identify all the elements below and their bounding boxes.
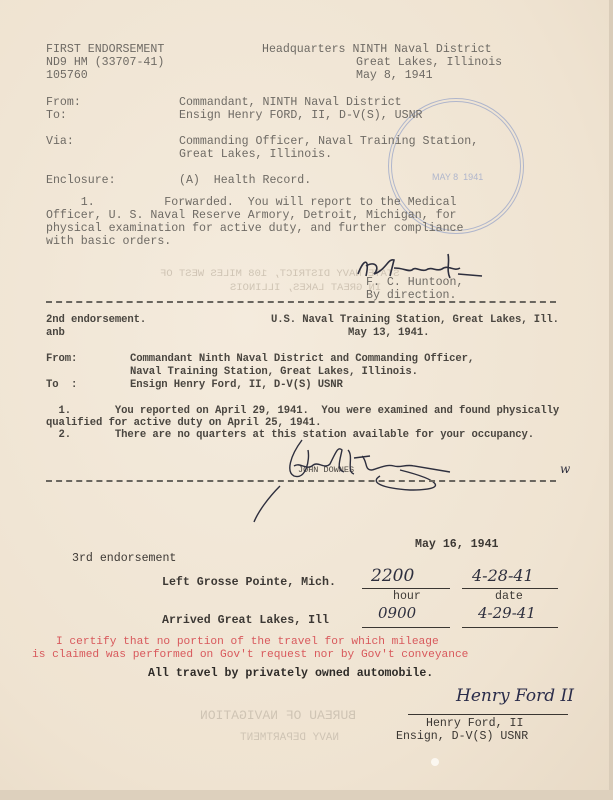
- second-endorsement-title: 2nd endorsement.: [46, 314, 146, 327]
- divider-initials: w: [560, 462, 570, 476]
- arrived-hour-value[interactable]: 0900: [378, 604, 416, 622]
- header-right-line-3: May 8, 1941: [356, 69, 433, 82]
- from-value-2-line-1: Commandant Ninth Naval District and Comm…: [130, 353, 474, 366]
- certification-line-1: I certify that no portion of the travel …: [56, 636, 439, 649]
- signer-name: Henry Ford, II: [426, 717, 523, 730]
- section-divider: [46, 301, 556, 303]
- bleed-through-text: NAVY DEPARTMENT: [240, 732, 339, 744]
- third-endorsement-date: May 16, 1941: [415, 538, 499, 551]
- paper-edge: [609, 0, 613, 800]
- to-value-2: Ensign Henry Ford, II, D-V(S) USNR: [130, 379, 343, 392]
- to-label-2: To :: [46, 379, 77, 392]
- paragraph-1-line-2: Officer, U. S. Naval Reserve Armory, Det…: [46, 209, 457, 222]
- paragraph-1-line-4: with basic orders.: [46, 235, 171, 248]
- second-endorsement-location: U.S. Naval Training Station, Great Lakes…: [271, 314, 559, 327]
- arrived-date-underline: [462, 627, 558, 628]
- from-label: From:: [46, 96, 81, 109]
- via-label: Via:: [46, 135, 74, 148]
- to-value: Ensign Henry FORD, II, D-V(S), USNR: [179, 109, 423, 122]
- header-left-line-2: ND9 HM (33707-41): [46, 56, 164, 69]
- document-page: STATE NAVY DISTRICT, 108 MILES WEST OF I…: [0, 0, 613, 800]
- via-value-1: Commanding Officer, Naval Training Stati…: [179, 135, 478, 148]
- signer-title: Ensign, D-V(S) USNR: [396, 730, 528, 743]
- enclosure-value: (A) Health Record.: [179, 174, 311, 187]
- from-label-2: From:: [46, 353, 77, 366]
- to-label: To:: [46, 109, 67, 122]
- left-hour-underline: [362, 588, 450, 589]
- header-left-line-3: 105760: [46, 69, 88, 82]
- signer-name-1: F. C. Huntoon,: [366, 276, 463, 289]
- via-value-2: Great Lakes, Illinois.: [179, 148, 332, 161]
- ford-signature: Henry Ford II: [456, 686, 574, 706]
- left-hour-value[interactable]: 2200: [371, 566, 414, 586]
- left-location-label: Left Grosse Pointe, Mich.: [162, 576, 336, 589]
- date-caption: date: [495, 590, 523, 603]
- signature-line: [408, 714, 568, 715]
- arrived-location-label: Arrived Great Lakes, Ill: [162, 614, 329, 627]
- stamp-date: MAY 8 1941: [432, 172, 483, 182]
- from-value: Commandant, NINTH Naval District: [179, 96, 402, 109]
- initials: anb: [46, 327, 65, 340]
- enclosure-label: Enclosure:: [46, 174, 116, 187]
- punch-hole: [431, 758, 439, 766]
- hour-caption: hour: [393, 590, 421, 603]
- certification-line-2: is claimed was performed on Gov't reques…: [32, 649, 468, 662]
- second-endorsement-date: May 13, 1941.: [348, 327, 429, 340]
- paper-edge-bottom: [0, 790, 613, 800]
- header-right-line-2: Great Lakes, Illinois: [356, 56, 502, 69]
- header-left-line-1: FIRST ENDORSEMENT: [46, 43, 164, 56]
- header-right-line-1: Headquarters NINTH Naval District: [262, 43, 492, 56]
- arrived-date-value[interactable]: 4-29-41: [478, 604, 536, 622]
- arrived-hour-underline: [362, 627, 450, 628]
- bleed-through-text: BUREAU OF NAVIGATION: [200, 708, 356, 723]
- paragraph-1-line-3: physical examination for active duty, an…: [46, 222, 463, 235]
- left-date-underline: [462, 588, 558, 589]
- from-value-2-line-2: Naval Training Station, Great Lakes, Ill…: [130, 366, 418, 379]
- paragraph-1-line-1: 1. Forwarded. You will report to the Med…: [46, 196, 457, 209]
- third-endorsement-title: 3rd endorsement: [72, 552, 176, 565]
- travel-note: All travel by privately owned automobile…: [148, 667, 433, 680]
- left-date-value[interactable]: 4-28-41: [472, 566, 534, 585]
- section-divider-2: [46, 480, 556, 482]
